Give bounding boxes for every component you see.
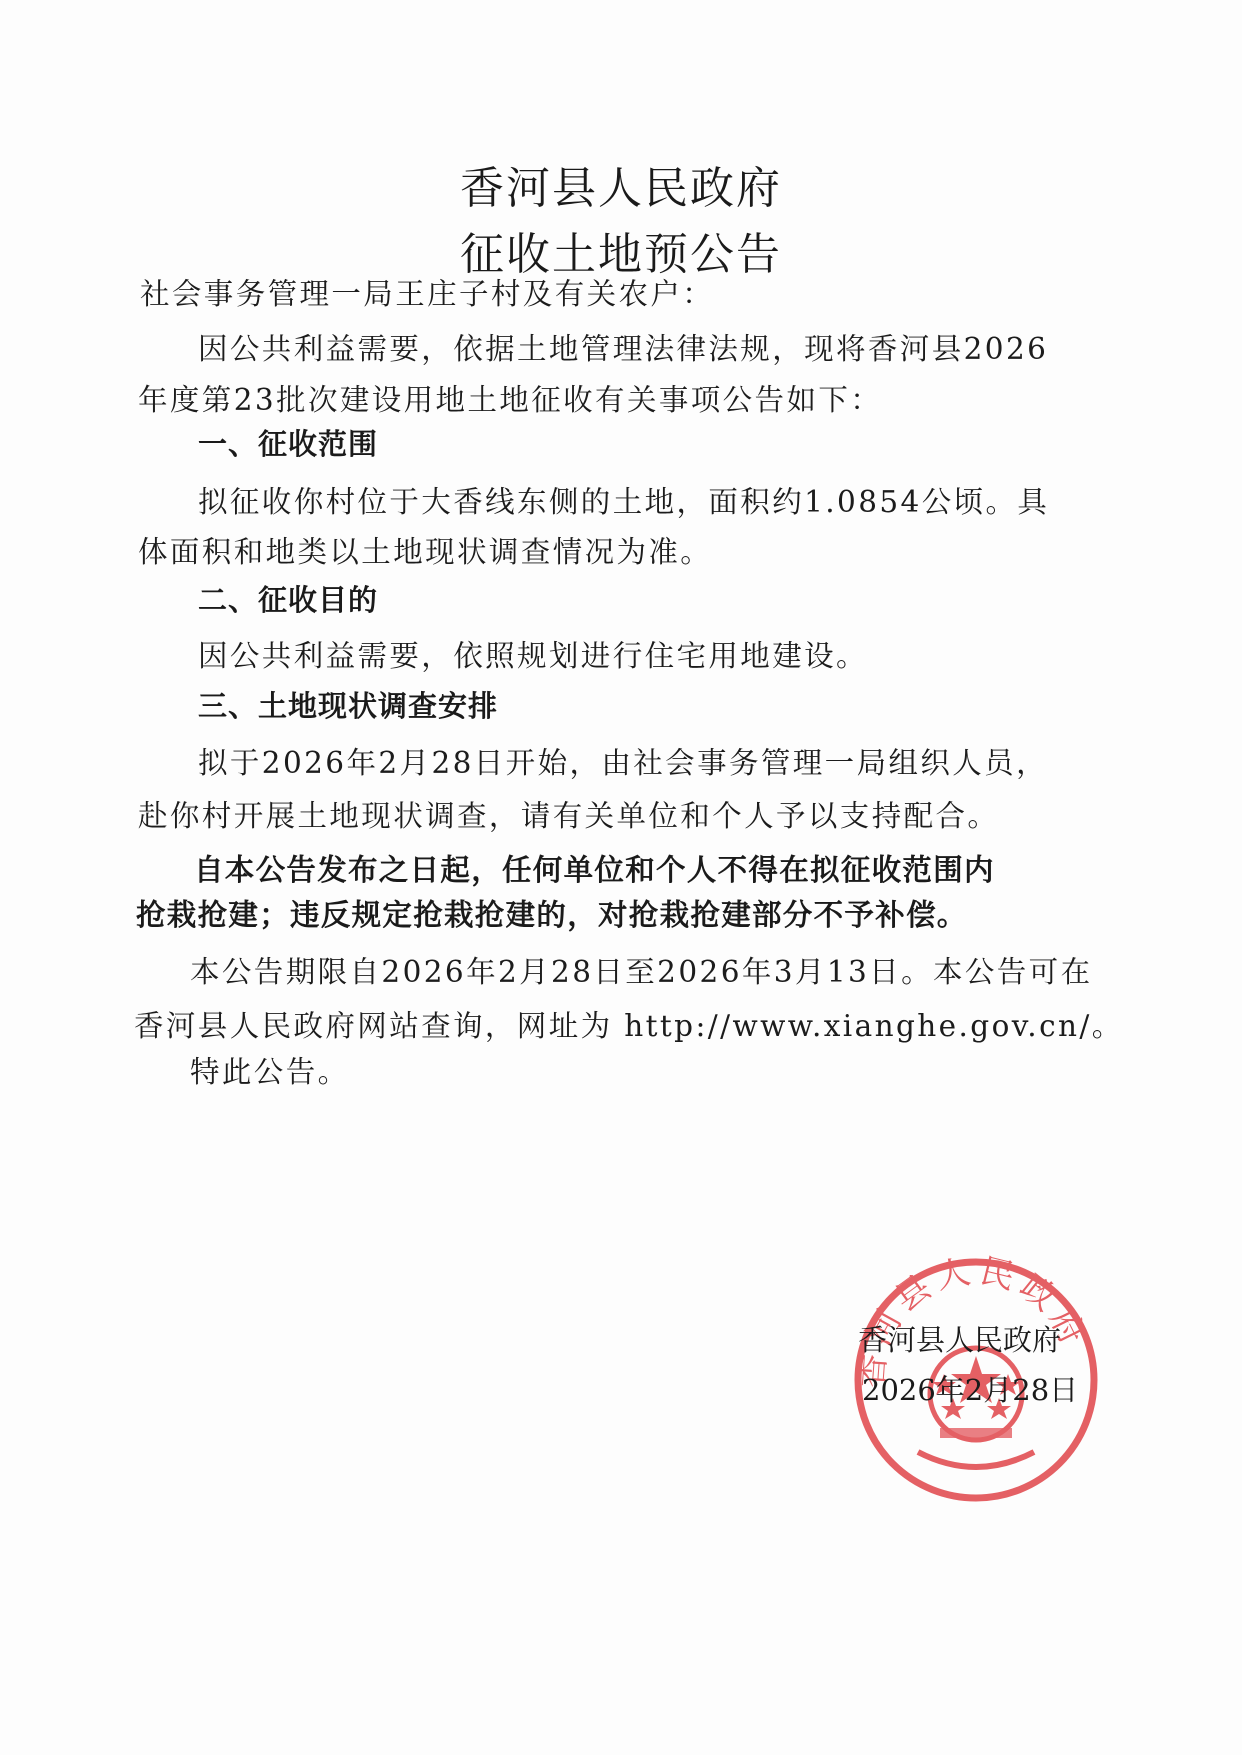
period-line-2: 香河县人民政府网站查询，网址为 http://www.xianghe.gov.c… bbox=[134, 1006, 1124, 1046]
warning-line-1: 自本公告发布之日起，任何单位和个人不得在拟征收范围内 bbox=[194, 850, 995, 890]
signature-issuer: 香河县人民政府 bbox=[858, 1320, 1061, 1360]
scope-line-2: 体面积和地类以土地现状调查情况为准。 bbox=[138, 532, 712, 572]
section-heading-scope: 一、征收范围 bbox=[198, 424, 378, 464]
survey-line-1: 拟于2026年2月28日开始，由社会事务管理一局组织人员， bbox=[198, 743, 1048, 783]
warning-line-2: 抢栽抢建；违反规定抢栽抢建的，对抢栽抢建部分不予补偿。 bbox=[136, 895, 968, 935]
intro-line-1: 因公共利益需要，依据土地管理法律法规，现将香河县2026 bbox=[198, 329, 1048, 369]
signature-date: 2026年2月28日 bbox=[862, 1370, 1078, 1410]
survey-line-2: 赴你村开展土地现状调查，请有关单位和个人予以支持配合。 bbox=[138, 796, 999, 836]
closing-text: 特此公告。 bbox=[190, 1052, 350, 1092]
section-heading-purpose: 二、征收目的 bbox=[198, 580, 378, 620]
section-heading-survey: 三、土地现状调查安排 bbox=[198, 686, 498, 726]
period-line-1: 本公告期限自2026年2月28日至2026年3月13日。本公告可在 bbox=[190, 952, 1092, 992]
purpose-line-1: 因公共利益需要，依照规划进行住宅用地建设。 bbox=[198, 636, 868, 676]
document-title-line1: 香河县人民政府 bbox=[0, 152, 1242, 216]
scope-line-1: 拟征收你村位于大香线东侧的土地，面积约1.0854公顷。具 bbox=[198, 482, 1049, 522]
document-page: 香河县人民政府 征收土地预公告 社会事务管理一局王庄子村及有关农户： 因公共利益… bbox=[0, 0, 1242, 1755]
intro-line-2: 年度第23批次建设用地土地征收有关事项公告如下： bbox=[138, 380, 882, 420]
salutation: 社会事务管理一局王庄子村及有关农户： bbox=[140, 274, 714, 314]
document-title-line2: 征收土地预公告 bbox=[0, 218, 1242, 282]
